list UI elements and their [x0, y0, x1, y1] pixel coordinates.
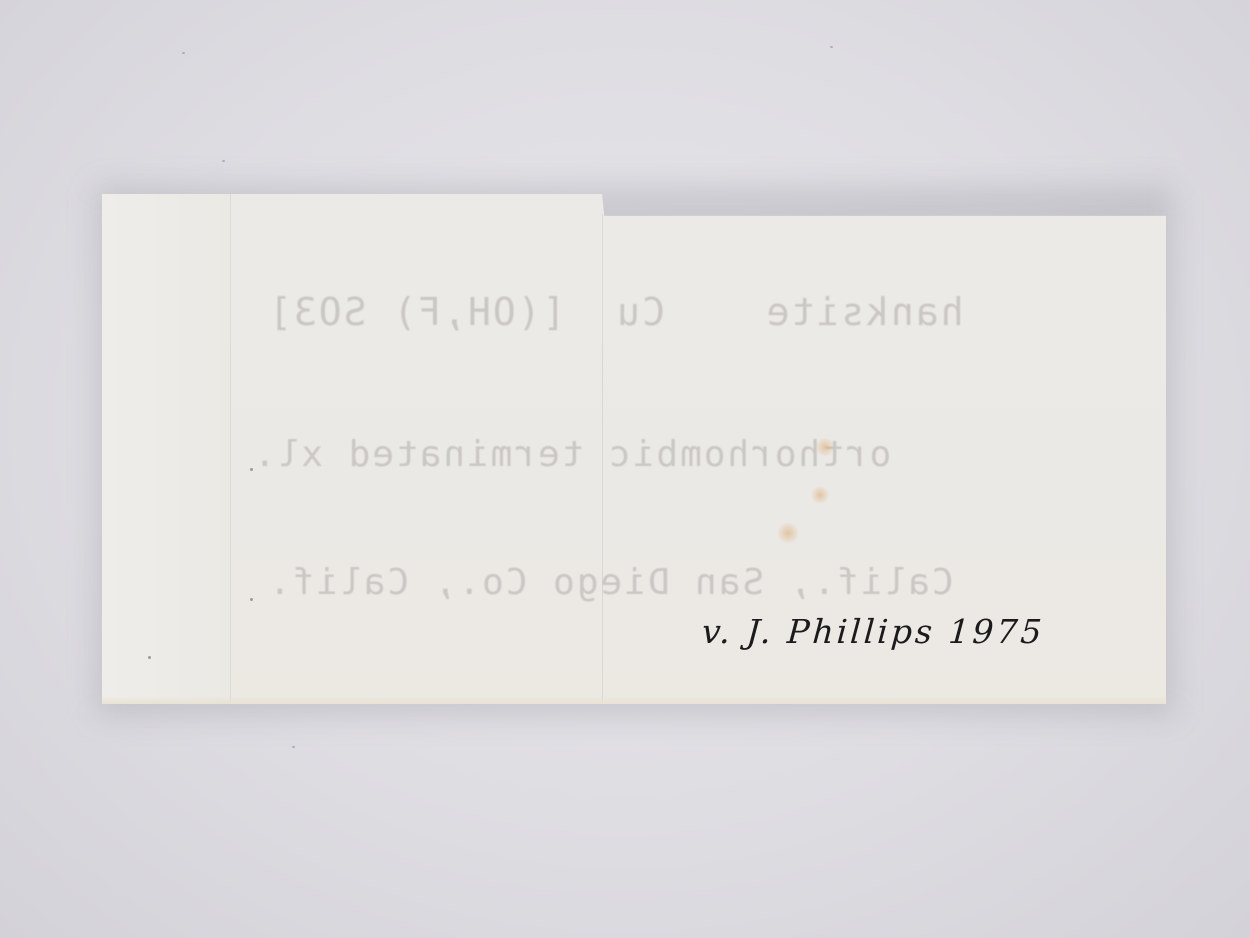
paper-stain: [814, 438, 836, 456]
background-speck: [182, 52, 185, 54]
label-bottom-edge: [102, 696, 1166, 704]
show-through-text-locality: Calif., San Diego Co., Calif.: [267, 562, 954, 603]
background-speck: [830, 46, 833, 48]
show-through-text-description: orthorhombic terminated xl.: [252, 434, 891, 475]
paper-speck: [250, 598, 253, 601]
paper-speck: [250, 468, 253, 471]
background-speck: [222, 160, 225, 162]
paper-stain: [778, 520, 798, 546]
paper-speck: [148, 656, 151, 659]
label-left-strip: [102, 194, 231, 704]
show-through-text-mineral-name: hanksite Cu [(OH,F) SO3]: [267, 290, 964, 334]
paper-stain: [810, 486, 830, 504]
handwritten-attribution: v. J. Phillips 1975: [701, 612, 1046, 651]
specimen-label-card: hanksite Cu [(OH,F) SO3] orthorhombic te…: [102, 194, 1166, 704]
background-speck: [292, 746, 295, 748]
